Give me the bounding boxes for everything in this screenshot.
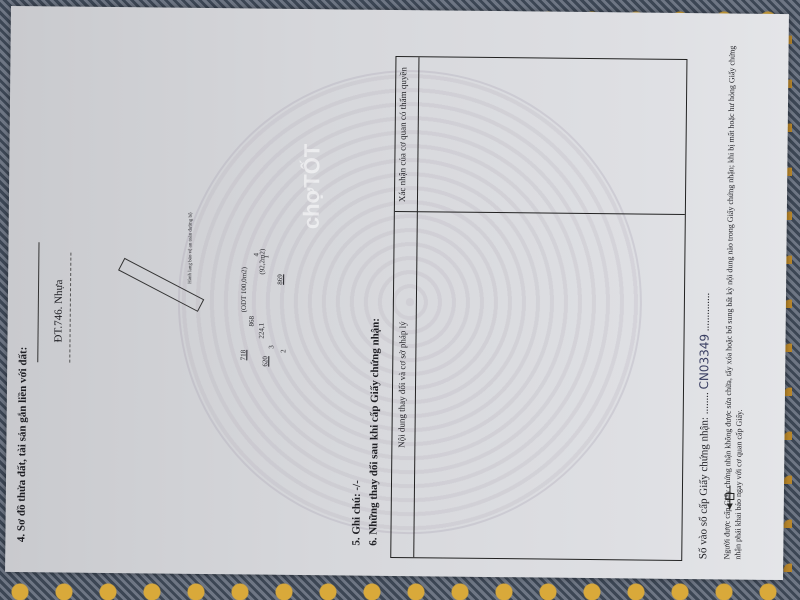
parcel-label: (ODT 100,0m2) xyxy=(240,267,248,312)
registry-label: Số vào sổ cấp Giấy chứng nhận: xyxy=(697,417,710,559)
vertex-number: 1 xyxy=(262,255,270,259)
registry-number: CN03349 xyxy=(697,334,712,390)
road-edge-line xyxy=(37,242,39,362)
certificate-page: 4. Sơ đồ thửa đất, tài sản gắn liền với … xyxy=(5,6,789,580)
road-label: ĐT.746. Nhựa xyxy=(52,280,65,343)
section-4-title: 4. Sơ đồ thửa đất, tài sản gắn liền với … xyxy=(15,347,29,543)
rotated-content: 4. Sơ đồ thửa đất, tài sản gắn liền với … xyxy=(5,6,789,580)
vertex-number: 4 xyxy=(252,253,260,257)
neighbor-parcel: 869 xyxy=(276,274,284,285)
parcel-area: 224,1 xyxy=(258,323,266,339)
corridor-label: Hành lang bảo vệ an toàn đường bộ xyxy=(188,213,194,284)
column-divider xyxy=(395,211,685,215)
parcel-number: 868 xyxy=(248,316,256,327)
notice-text: Người được cấp Giấy chứng nhận không đượ… xyxy=(721,39,748,559)
neighbor-parcel: 620 xyxy=(261,356,269,367)
column-header-confirmation: Xác nhận của cơ quan có thẩm quyền xyxy=(397,57,409,212)
vertex-number: 2 xyxy=(279,349,287,353)
registry-number-line: Số vào sổ cấp Giấy chứng nhận: ........ … xyxy=(695,293,712,560)
road-corridor-line xyxy=(69,253,71,363)
section-6-title: 6. Những thay đổi sau khi cấp Giấy chứng… xyxy=(367,318,381,546)
vertex-number: 3 xyxy=(267,345,275,349)
neighbor-parcel: 718 xyxy=(239,350,247,361)
chotot-watermark: chợTỐT xyxy=(299,144,326,230)
section-5-note: 5. Ghi chú: -/- xyxy=(350,480,363,546)
changes-table: Nội dung thay đổi và cơ sở pháp lý Xác n… xyxy=(390,56,687,561)
north-arrow-icon xyxy=(718,483,742,511)
